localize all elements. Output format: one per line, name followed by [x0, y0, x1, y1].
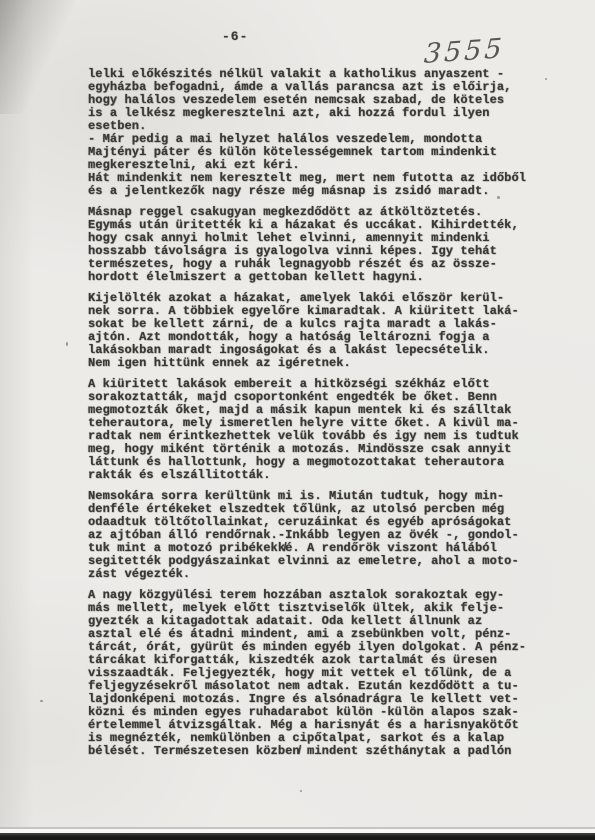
paragraph: Kijelölték azokat a házakat, amelyek lak… — [88, 292, 548, 370]
typewritten-text-block: lelki előkészités nélkül valakit a katho… — [88, 68, 548, 758]
paragraph: A nagy közgyülési terem hozzában asztalo… — [88, 589, 548, 758]
paper-speck — [497, 196, 500, 199]
paragraph: A kiüritett lakások embereit a hitközség… — [88, 378, 548, 482]
paragraph: Nemsokára sorra kerültünk mi is. Miután … — [88, 490, 548, 581]
handwritten-archive-number: 3555 — [423, 33, 506, 70]
paper-speck — [545, 78, 547, 80]
page-number: -6- — [222, 29, 248, 44]
paper-speck — [40, 700, 43, 702]
scan-bottom-black-edge — [0, 833, 595, 840]
scanned-document-page: -6- 3555 lelki előkészités nélkül valaki… — [0, 0, 595, 840]
paragraph: Másnap reggel csakugyan megkezdődött az … — [88, 206, 548, 284]
paper-speck — [66, 342, 68, 346]
paragraph: lelki előkészités nélkül valakit a katho… — [88, 68, 548, 198]
paper-speck — [300, 790, 302, 792]
